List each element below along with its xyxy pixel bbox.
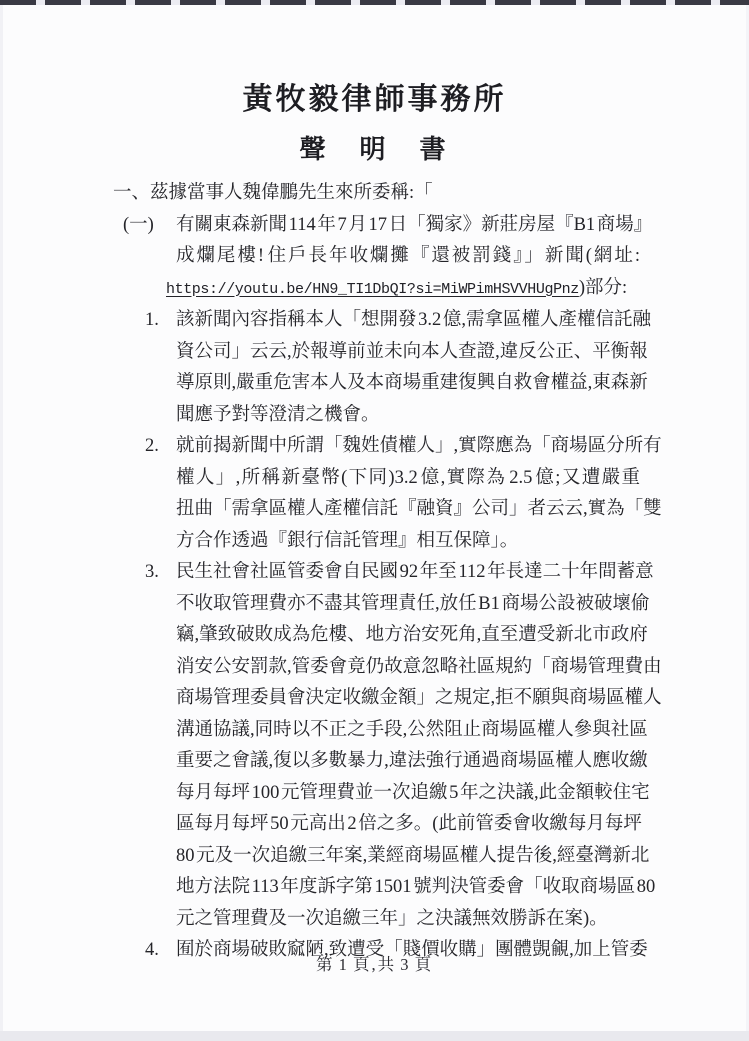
doc-line: 溝通協議,同時以不正之手段,公然阻止商場區權人參與社區 [176,715,640,747]
doc-line: 商場管理委員會決定收繳金額」之規定,拒不願與商場區權人 [176,683,640,715]
firm-name: 黃牧毅律師事務所 [0,74,749,118]
doc-line: 民生社會社區管委會自民國 92 年至 112 年長達二十年間蓄意 [176,557,640,589]
doc-line: 該新聞內容指稱本人「想開發 3.2 億,需拿區權人產權信託融 [176,305,640,337]
doc-line: 資公司」云云,於報導前並未向本人查證,違反公正、平衡報 [176,337,640,369]
doc-line: 消安公安罰款,管委會竟仍故意忽略社區規約「商場管理費由 [176,652,640,684]
doc-line: 導原則,嚴重危害本人及本商場重建復興自救會權益,東森新 [176,368,640,400]
section-1-marker: (一) [123,210,154,242]
numbered-item-2: 2. 就前揭新聞中所謂「魏姓債權人」,實際應為「商場區分所有權人」,所稱新臺幣(… [113,431,640,557]
section-1-lines: 有關東森新聞 114 年 7 月 17 日「獨家》新莊房屋『B1 商場』成爛尾樓… [176,210,640,273]
youtube-url: https://youtu.be/HN9_TI1DbQI?si=MiWPimHS… [166,281,579,298]
doc-line: 成爛尾樓! 住戶長年收爛攤『還被罰錢』」新聞(網址: [176,241,640,273]
numbered-item-1: 1. 該新聞內容指稱本人「想開發 3.2 億,需拿區權人產權信託融資公司」云云,… [113,305,640,431]
doc-line: 每月每坪 100 元管理費並一次追繳 5 年之決議,此金額較住宅 [176,778,640,810]
doc-line: 重要之會議,復以多數暴力,違法強行通過商場區權人應收繳 [176,746,640,778]
doc-line: 聞應予對等澄清之機會。 [176,400,640,432]
doc-line: 扭曲「需拿區權人產權信託『融資』公司」者云云,實為「雙 [176,494,640,526]
doc-line: 不收取管理費亦不盡其管理責任,放任 B1 商場公設被破壞偷 [176,589,640,621]
doc-line: 地方法院 113 年度訴字第 1501 號判決管委會「收取商場區 80 [176,872,640,904]
item-3-marker: 3. [145,557,159,589]
scanned-statement-page: 黃牧毅律師事務所 聲 明 書 一、茲據當事人魏偉鵬先生來所委稱:「 (一) 有關… [0,0,749,1041]
url-line: https://youtu.be/HN9_TI1DbQI?si=MiWPimHS… [166,273,640,306]
section-1: (一) 有關東森新聞 114 年 7 月 17 日「獨家》新莊房屋『B1 商場』… [113,210,640,306]
document-title: 聲 明 書 [0,129,749,166]
doc-line: 就前揭新聞中所謂「魏姓債權人」,實際應為「商場區分所有 [176,431,640,463]
doc-line: 區每月每坪 50 元高出 2 倍之多。(此前管委會收繳每月每坪 [176,809,640,841]
doc-line: 80 元及一次追繳三年案,業經商場區權人提告後,經臺灣新北 [176,841,640,873]
doc-line: 竊,肇致破敗成為危樓、地方治安死角,直至遭受新北市政府 [176,620,640,652]
doc-line: 元之管理費及一次追繳三年」之決議無效勝訴在案)。 [176,904,640,936]
scan-edge-bottom [0,1031,749,1041]
doc-line: 權人」,所稱新臺幣(下同)3.2 億,實際為 2.5 億;又遭嚴重 [176,463,640,495]
document-body: 一、茲據當事人魏偉鵬先生來所委稱:「 (一) 有關東森新聞 114 年 7 月 … [113,178,640,967]
scan-edge-top [0,0,749,5]
doc-line: 有關東森新聞 114 年 7 月 17 日「獨家》新莊房屋『B1 商場』 [176,210,640,242]
doc-line: 方合作透過『銀行信託管理』相互保障」。 [176,526,640,558]
item-1-marker: 1. [145,305,159,337]
page-number: 第 1 頁,共 3 頁 [0,951,749,975]
numbered-item-3: 3. 民生社會社區管委會自民國 92 年至 112 年長達二十年間蓄意不收取管理… [113,557,640,935]
intro-clause: 一、茲據當事人魏偉鵬先生來所委稱:「 [113,178,640,210]
item-2-marker: 2. [145,431,159,463]
url-suffix: )部分: [579,278,627,298]
